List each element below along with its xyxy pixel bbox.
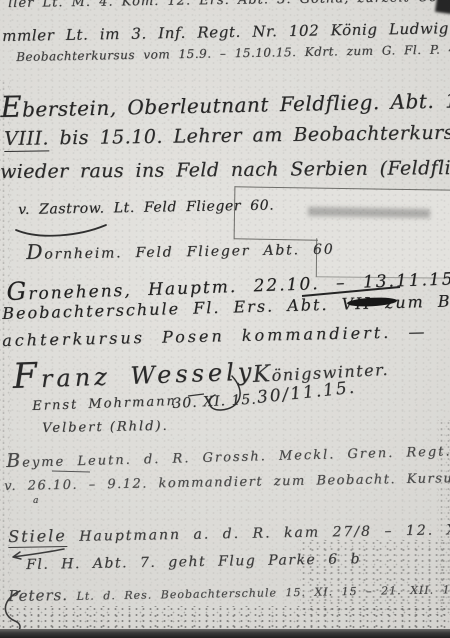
line-stiele-2: Fl. H. Abt. 7. geht Flug Parke 6 b xyxy=(26,551,361,573)
stiele-name: Stiele xyxy=(8,526,67,548)
line-keller: ller Lt. M. 4. Kom. 12. Ers. Abt. 3. Got… xyxy=(8,0,450,11)
mohrmann-date: 30. XI. 15. xyxy=(172,392,257,412)
line-eberstein-3: wieder raus ins Feld nach Serbien (Feldf… xyxy=(0,156,450,183)
mohrmann-place: Velbert (Rhld). xyxy=(42,419,169,436)
peters-name: Peters. xyxy=(8,586,68,605)
line-eberstein-2: VIII. bis 15.10. Lehrer am Beobachterkur… xyxy=(4,121,450,150)
line-eberstein-2-rest: bis 15.10. Lehrer am Beobachterkursus Cö… xyxy=(49,121,450,150)
underlined-month-numeral: VIII. xyxy=(4,127,49,152)
line-stiele-rest: Hauptmann a. d. R. kam 27/8 – 12. XII zu… xyxy=(67,521,450,545)
line-eberstein-1: Eberstein, Oberleutnant Feldflieg. Abt. … xyxy=(0,79,450,124)
line-semmler-1: mmler Lt. im 3. Inf. Regt. Nr. 102 König… xyxy=(2,17,450,45)
line-zastrow-rest: Lt. Feld Flieger 60. xyxy=(105,198,275,217)
scan-corner-artifact-top-right xyxy=(435,0,450,14)
scanned-document-page: ller Lt. M. 4. Kom. 12. Ers. Abt. 3. Got… xyxy=(0,0,450,638)
line-peters-rest: Lt. d. Res. Beobachterschule 15. XI. 15 … xyxy=(68,583,450,603)
zastrow-name: v. Zastrow. xyxy=(18,200,105,218)
beyme-underline-stroke xyxy=(52,471,90,472)
zastrow-underline-stroke xyxy=(16,225,106,236)
line-stiele: Stiele Hauptmann a. d. R. kam 27/8 – 12.… xyxy=(8,518,450,546)
line-peters: Peters. Lt. d. Res. Beobachterschule 15.… xyxy=(8,579,450,605)
line-semmler-2: Beobachterkursus vom 15.9. – 15.10.15. K… xyxy=(16,42,450,64)
line-beyme-2: v. 26.10. – 9.12. kommandiert zum Beobac… xyxy=(4,470,450,494)
beyme-superscript-note: a xyxy=(33,496,38,506)
line-gronehens-3: achterkursus Posen kommandiert. — xyxy=(2,322,428,350)
line-beyme-1: Beyme Leutn. d. R. Grossh. Meckl. Gren. … xyxy=(6,438,450,472)
line-dornheim: Dornheim. Feld Flieger Abt. 60 xyxy=(26,235,335,264)
signature-wessely: Franz Wessely xyxy=(12,349,256,397)
scan-bottom-edge-band xyxy=(0,629,450,638)
signature-mohrmann: Ernst Mohrmann xyxy=(32,394,177,414)
